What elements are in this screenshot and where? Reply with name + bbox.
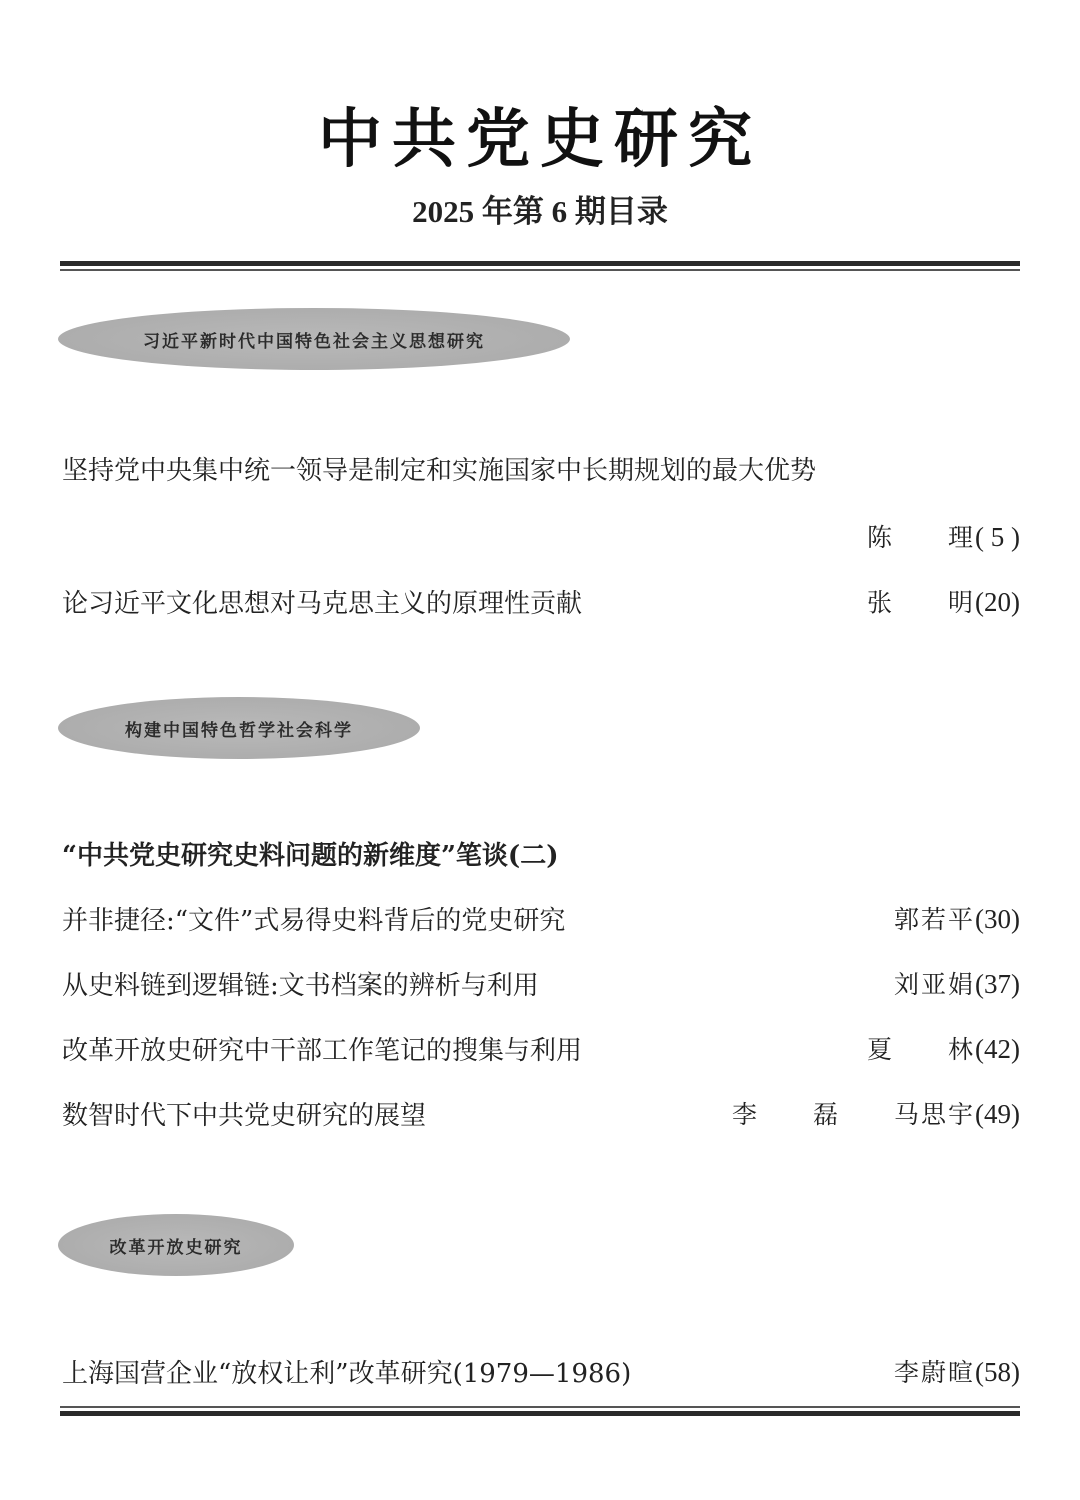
article-title[interactable]: 数智时代下中共党史研究的展望	[62, 1095, 426, 1132]
page-number: ( 5 )	[975, 522, 1020, 552]
section-label-text: 习近平新时代中国特色社会主义思想研究	[143, 327, 485, 352]
page-number: (42)	[975, 1034, 1020, 1064]
issue-title: 2025 年第 6 期目录	[0, 186, 1080, 231]
article-title[interactable]: 从史料链到逻辑链:文书档案的辨析与利用	[62, 965, 539, 1002]
article-title[interactable]: 并非捷径:“文件”式易得史料背后的党史研究	[62, 900, 565, 937]
bottom-rule-thick	[60, 1411, 1020, 1416]
top-rule-thick	[60, 261, 1020, 266]
article-title[interactable]: 坚持党中央集中统一领导是制定和实施国家中长期规划的最大优势	[62, 450, 816, 487]
author-name: 张 明	[867, 588, 975, 617]
article-author: 张 明(20)	[867, 583, 1020, 619]
article-author: 李 磊 马思宇(49)	[732, 1095, 1020, 1131]
article-author: 李蔚暄(58)	[894, 1353, 1020, 1389]
author-name: 刘亚娟	[894, 970, 975, 999]
page-number: (30)	[975, 904, 1020, 934]
author-name: 李 磊 马思宇	[732, 1100, 975, 1129]
section-label-reform-opening-history: 改革开放史研究	[58, 1214, 294, 1276]
bottom-rule-thin	[60, 1406, 1020, 1408]
page-number: (49)	[975, 1099, 1020, 1129]
article-title[interactable]: 论习近平文化思想对马克思主义的原理性贡献	[62, 583, 582, 620]
section-label-text: 改革开放史研究	[110, 1233, 243, 1258]
section-label-xi-thought: 习近平新时代中国特色社会主义思想研究	[58, 308, 570, 370]
page-number: (58)	[975, 1357, 1020, 1387]
article-author: 夏 林(42)	[867, 1030, 1020, 1066]
forum-subheading: “中共党史研究史料问题的新维度”笔谈(二)	[62, 835, 559, 872]
article-title[interactable]: 改革开放史研究中干部工作笔记的搜集与利用	[62, 1030, 582, 1067]
author-name: 郭若平	[894, 905, 975, 934]
page-number: (20)	[975, 587, 1020, 617]
page-number: (37)	[975, 969, 1020, 999]
article-author: 郭若平(30)	[894, 900, 1020, 936]
article-author: 陈 理( 5 )	[867, 518, 1020, 554]
article-author: 刘亚娟(37)	[894, 965, 1020, 1001]
top-rule-thin	[60, 269, 1020, 271]
author-name: 李蔚暄	[894, 1358, 975, 1387]
author-name: 夏 林	[867, 1035, 975, 1064]
section-label-philosophy-social-sciences: 构建中国特色哲学社会科学	[58, 697, 420, 759]
article-title[interactable]: 上海国营企业“放权让利”改革研究(1979—1986)	[62, 1353, 631, 1390]
section-label-text: 构建中国特色哲学社会科学	[125, 716, 353, 741]
author-name: 陈 理	[867, 523, 975, 552]
journal-masthead: 中共党史研究	[0, 88, 1080, 180]
